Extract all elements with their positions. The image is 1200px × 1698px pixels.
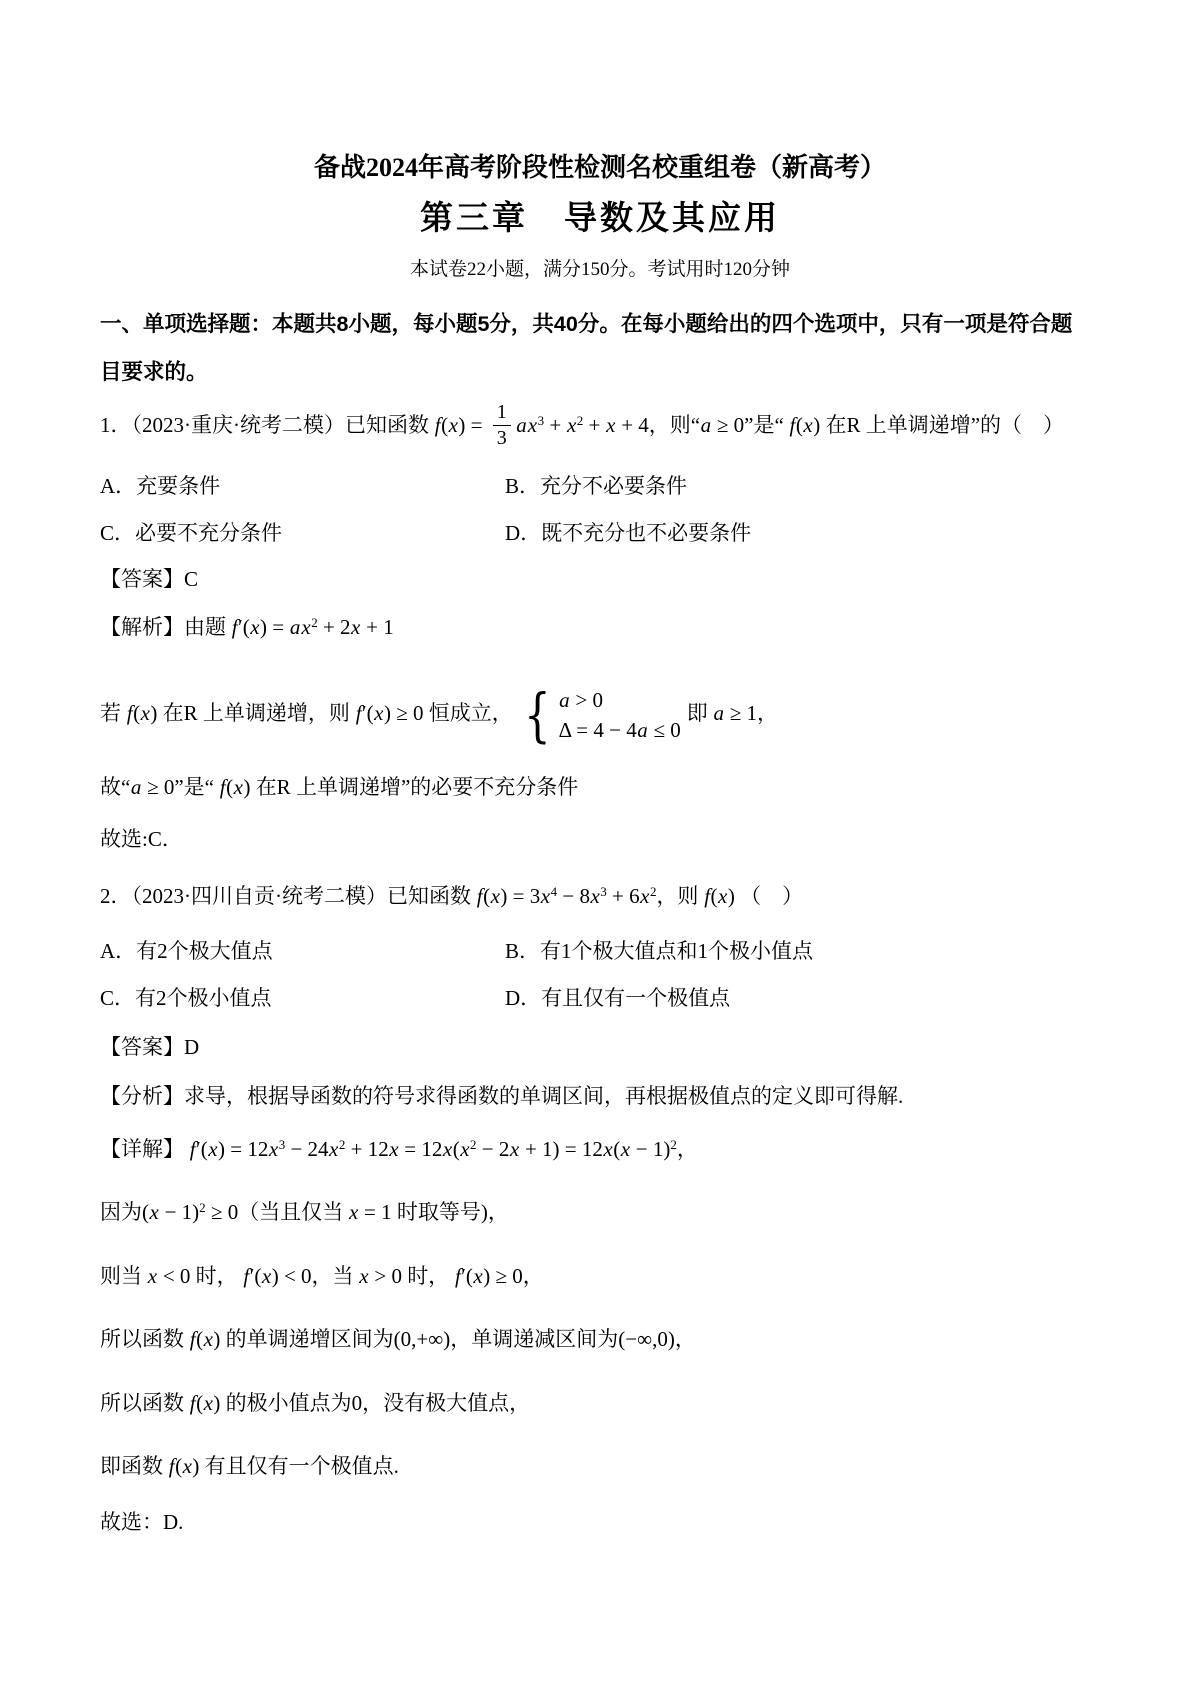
- question-1-option-d: D．既不充分也不必要条件: [505, 521, 751, 545]
- question-2-solution-line-4: 所以函数 f(x) 的单调递增区间为(0,+∞)，单调递减区间为(−∞,0)，: [100, 1324, 1160, 1354]
- question-2-option-c: C．有2个极小值点: [100, 983, 505, 1013]
- question-1-solution-line-4: 故选:C．: [100, 824, 1160, 854]
- exam-page: 备战2024年高考阶段性检测名校重组卷（新高考） 第三章 导数及其应用 本试卷2…: [0, 0, 1200, 1698]
- question-1-solution-line-1: 【解析】由题 f′(x) = ax2 + 2x + 1: [100, 612, 1160, 642]
- question-2-option-d: D．有且仅有一个极值点: [505, 986, 730, 1010]
- question-2-solution-line-2: 因为(x − 1)2 ≥ 0（当且仅当 x = 1 时取等号)，: [100, 1197, 1160, 1227]
- question-2-stem: 2．（2023·四川自贡·统考二模）已知函数 f(x) = 3x4 − 8x3 …: [100, 881, 1160, 911]
- question-1-option-a: A．充要条件: [100, 471, 505, 501]
- question-1-option-c: C．必要不充分条件: [100, 518, 505, 548]
- question-2-solution-line-5: 所以函数 f(x) 的极小值点为0，没有极大值点，: [100, 1388, 1160, 1418]
- question-1-option-b: B．充分不必要条件: [505, 474, 687, 498]
- question-1-options-row-2: C．必要不充分条件D．既不充分也不必要条件: [100, 518, 1160, 548]
- question-1-solution-line-3: 故“a ≥ 0”是“ f(x) 在R 上单调递增”的必要不充分条件: [100, 772, 1160, 802]
- section-1-heading-line-1: 一、单项选择题：本题共8小题，每小题5分，共40分。在每小题给出的四个选项中，只…: [100, 309, 1160, 339]
- chapter-title: 第三章 导数及其应用: [0, 192, 1200, 239]
- question-2-option-a: A．有2个极大值点: [100, 936, 505, 966]
- question-1-options-row-1: A．充要条件B．充分不必要条件: [100, 471, 1160, 501]
- section-1-heading-line-2: 目要求的。: [100, 357, 1160, 387]
- question-2-analysis: 【分析】求导，根据导函数的符号求得函数的单调区间，再根据极值点的定义即可得解.: [100, 1081, 1160, 1111]
- question-1-answer: 【答案】C: [100, 564, 1160, 594]
- question-2-options-row-1: A．有2个极大值点B．有1个极大值点和1个极小值点: [100, 936, 1160, 966]
- question-2-solution-line-3: 则当 x < 0 时， f′(x) < 0，当 x > 0 时， f′(x) ≥…: [100, 1261, 1160, 1291]
- question-1-solution-line-2: 若 f(x) 在R 上单调递增，则 f′(x) ≥ 0 恒成立，{a > 0Δ …: [100, 680, 1160, 746]
- question-2-answer: 【答案】D: [100, 1032, 1160, 1062]
- page-title: 备战2024年高考阶段性检测名校重组卷（新高考）: [0, 147, 1200, 184]
- question-1-stem: 1．（2023·重庆·统考二模）已知函数 f(x) = 13ax3 + x2 +…: [100, 398, 1160, 454]
- question-2-solution-line-7: 故选：D.: [100, 1507, 1160, 1537]
- exam-meta: 本试卷22小题，满分150分。考试用时120分钟: [0, 254, 1200, 281]
- question-2-solution-line-1: 【详解】 f′(x) = 12x3 − 24x2 + 12x = 12x(x2 …: [100, 1134, 1160, 1164]
- question-2-solution-line-6: 即函数 f(x) 有且仅有一个极值点.: [100, 1451, 1160, 1481]
- question-2-option-b: B．有1个极大值点和1个极小值点: [505, 939, 813, 963]
- question-2-options-row-2: C．有2个极小值点D．有且仅有一个极值点: [100, 983, 1160, 1013]
